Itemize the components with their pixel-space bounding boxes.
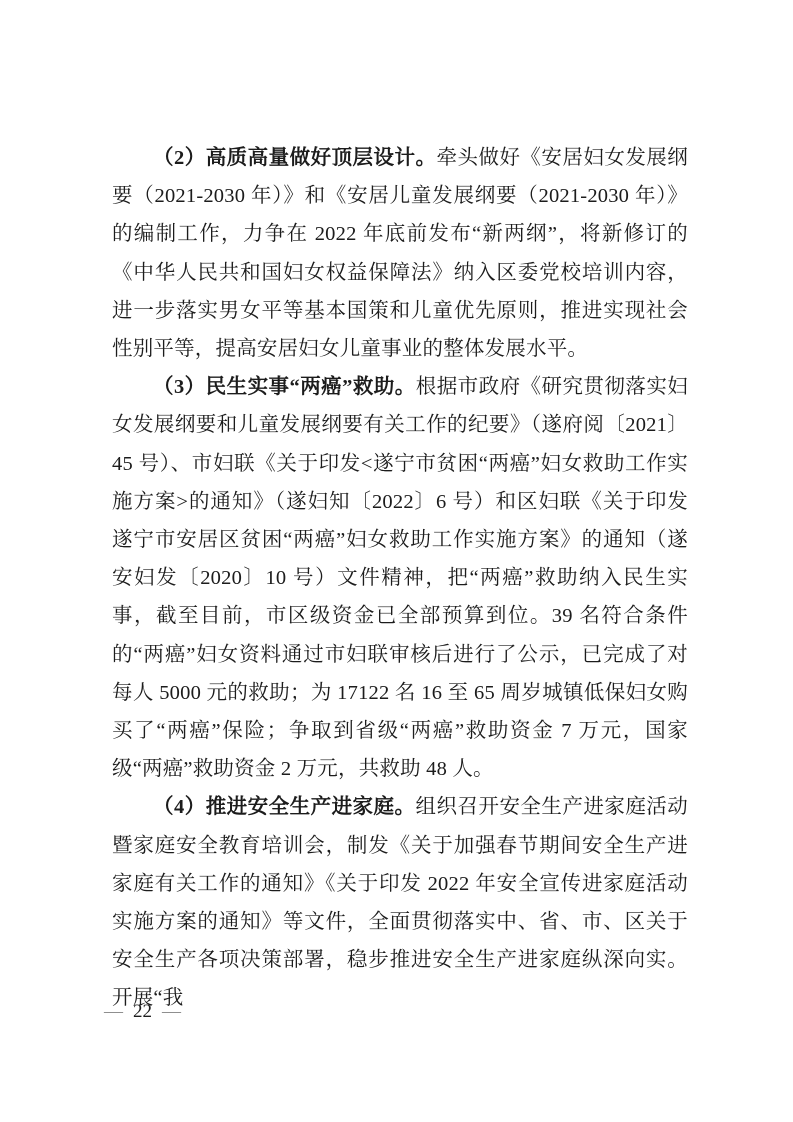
paragraph: （2）高质高量做好顶层设计。牵头做好《安居妇女发展纲要（2021-2030 年）… <box>112 139 688 368</box>
document-page: （2）高质高量做好顶层设计。牵头做好《安居妇女发展纲要（2021-2030 年）… <box>0 0 793 1122</box>
page-number: —22— <box>104 1000 181 1024</box>
page-number-dash-left: — <box>104 1001 123 1022</box>
paragraph-text: 组织召开安全生产进家庭活动暨家庭安全教育培训会，制发《关于加强春节期间安全生产进… <box>112 796 688 1009</box>
paragraph-text: 牵头做好《安居妇女发展纲要（2021-2030 年）》和《安居儿童发展纲要（20… <box>112 147 688 360</box>
paragraph-heading: （2）高质高量做好顶层设计。 <box>153 147 437 169</box>
paragraph: （4）推进安全生产进家庭。组织召开安全生产进家庭活动暨家庭安全教育培训会，制发《… <box>112 788 688 1017</box>
paragraph-heading: （4）推进安全生产进家庭。 <box>153 796 416 818</box>
paragraph-text: 根据市政府《研究贯彻落实妇女发展纲要和儿童发展纲要有关工作的纪要》（遂府阅〔20… <box>112 376 688 780</box>
page-number-dash-right: — <box>162 1001 181 1022</box>
paragraph: （3）民生实事“两癌”救助。根据市政府《研究贯彻落实妇女发展纲要和儿童发展纲要有… <box>112 368 688 788</box>
paragraph-heading: （3）民生实事“两癌”救助。 <box>153 376 416 398</box>
document-body: （2）高质高量做好顶层设计。牵头做好《安居妇女发展纲要（2021-2030 年）… <box>112 139 688 1018</box>
page-number-value: 22 <box>133 1001 152 1022</box>
